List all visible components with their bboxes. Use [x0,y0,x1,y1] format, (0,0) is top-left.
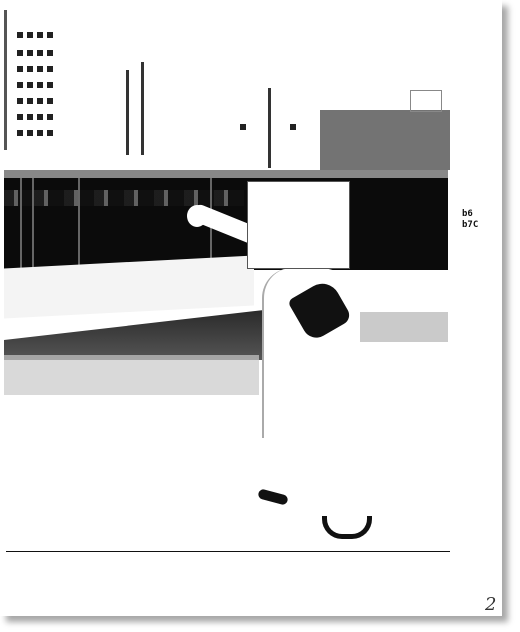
utility-pole [126,70,129,155]
pointing-hand [187,205,207,227]
foia-exemption-codes: b6 b7C [462,209,478,231]
exemption-code: b7C [462,220,478,231]
horizontal-rule [6,551,450,552]
redaction-box [247,181,350,269]
wall-railing [4,190,244,206]
rooftop-shadow [4,310,264,360]
shoe [257,488,289,505]
utility-pole [141,62,144,155]
tall-building [4,10,77,150]
wall-ledge [4,170,448,178]
photograph [0,0,450,400]
page-number: 2 [485,594,496,615]
background-buildings [200,90,450,170]
exemption-code: b6 [462,209,478,220]
shoe [322,516,372,539]
document-page: b6 b7C 2 [0,0,502,616]
